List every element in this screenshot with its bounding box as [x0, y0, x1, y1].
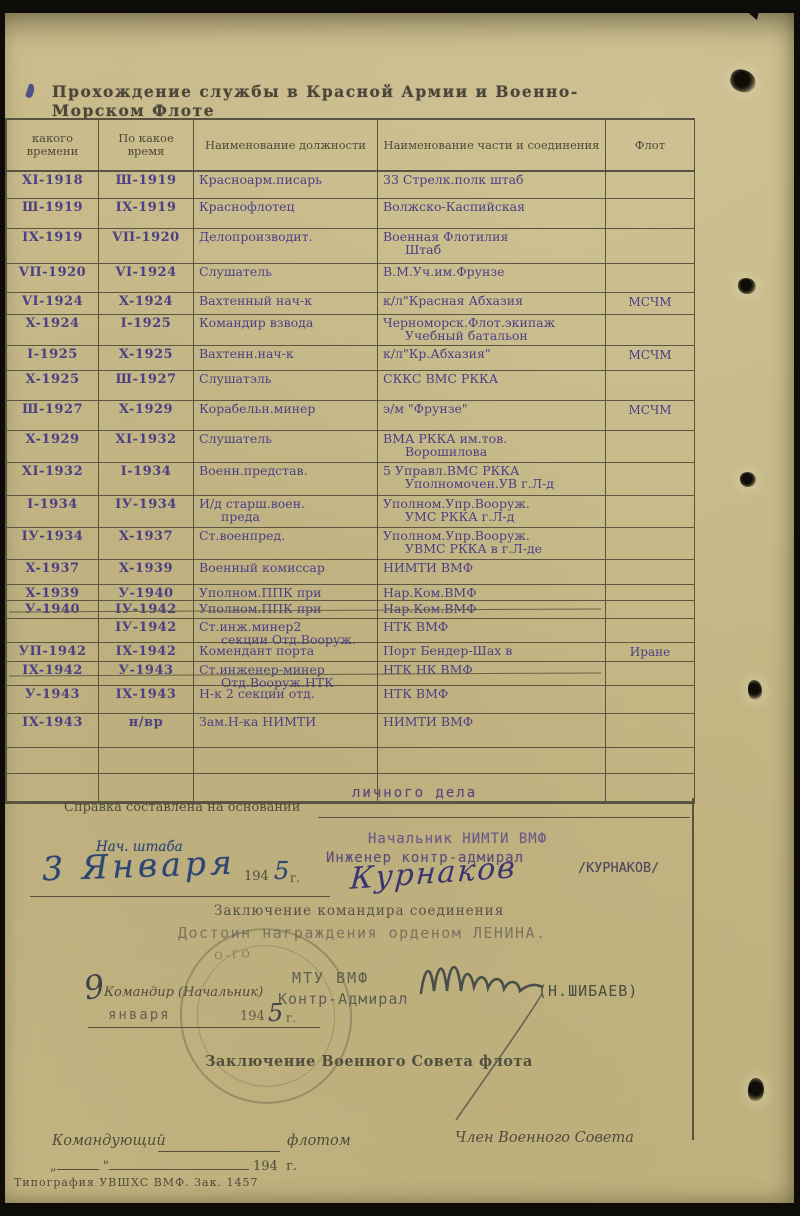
cell-unit-line2: Учебный батальон	[383, 330, 602, 343]
fleet-word-label: флотом	[287, 1133, 351, 1149]
cell-unit: НТК ВМФ	[378, 619, 606, 643]
quote-open: „	[50, 1159, 57, 1174]
cell-position: Слушатель	[194, 264, 378, 293]
year-suffix: г.	[290, 871, 300, 885]
council-conclusion-heading: Заключение Военного Совета флота	[205, 1053, 533, 1070]
year2-printed: 194	[240, 1009, 265, 1024]
column-header: Наименование части и соединения	[378, 120, 606, 170]
cell-to: I-1934	[99, 463, 194, 496]
cell-position: Вахтенн.нач-к	[194, 346, 378, 371]
table-row: X-1929XI-1932СлушательВМА РККА им.тов.Во…	[7, 431, 694, 463]
table-row: XI-1932I-1934Военн.представ.5 Управл.ВМС…	[7, 463, 694, 496]
cell-unit: 5 Управл.ВМС РККАУполномочен.УВ г.Л-д	[378, 463, 606, 496]
cell-unit: к/л"Красная Абхазия	[378, 293, 606, 315]
cell-to: У-1940	[99, 585, 194, 601]
year-printed: 194	[244, 869, 269, 884]
cell-position: Делопроизводит.	[194, 229, 378, 264]
cell-unit: Порт Бендер-Шах в	[378, 643, 606, 662]
cell-fleet: МСЧМ	[606, 346, 694, 371]
cell-unit: НТК ВМФ	[378, 686, 606, 714]
cell-unit	[378, 748, 606, 774]
cell-from: Ш-1919	[7, 199, 99, 229]
cell-position: И/д старш.воен.преда	[194, 496, 378, 528]
column-header: По какое время	[99, 120, 194, 170]
cell-position	[194, 774, 378, 802]
cell-fleet	[606, 774, 694, 802]
handwritten-date: 3 Января	[41, 843, 236, 889]
cell-fleet	[606, 560, 694, 585]
cell-to: VП-1920	[99, 229, 194, 264]
org-line2: Контр-Адмирал	[278, 990, 408, 1008]
cell-from: X-1939	[7, 585, 99, 601]
table-right-rule	[692, 798, 694, 1140]
table-row: I-1925X-1925Вахтенн.нач-кк/л"Кр.Абхазия"…	[7, 346, 694, 371]
cell-unit: Нар.Ком.ВМФ	[378, 585, 606, 601]
table-row: X-1925Ш-1927СлушатэльСККС ВМС РККА	[7, 371, 694, 401]
cell-position-line2: преда	[199, 511, 374, 524]
cell-position: Командир взвода	[194, 315, 378, 346]
punch-hole	[738, 278, 756, 294]
cell-position: Красноарм.писарь	[194, 172, 378, 199]
cell-unit: к/л"Кр.Абхазия"	[378, 346, 606, 371]
cell-to: I-1925	[99, 315, 194, 346]
table-row: X-1924I-1925Командир взводаЧерноморск.Фл…	[7, 315, 694, 346]
column-header: Флот	[606, 120, 694, 170]
table-row: XI-1918Ш-1919Красноарм.писарь33 Стрелк.п…	[7, 172, 694, 199]
page-title: Прохождение службы в Красной Армии и Вое…	[52, 82, 652, 120]
cell-fleet	[606, 229, 694, 264]
cell-from: УП-1942	[7, 643, 99, 662]
date-underline	[30, 896, 330, 897]
cell-fleet	[606, 528, 694, 560]
print-house-imprint: Типография УВШХС ВМФ. Зак. 1457	[14, 1176, 258, 1189]
month-typed: января	[108, 1007, 171, 1023]
cell-from: X-1924	[7, 315, 99, 346]
certificate-prefix: Справка составлена на основании	[64, 800, 300, 815]
cell-fleet	[606, 463, 694, 496]
cell-position: Зам.Н-ка НИМТИ	[194, 714, 378, 748]
table-row: У-1940IУ-1942Уполном.ППК приНар.Ком.ВМФ	[7, 601, 694, 619]
council-member-label: Член Военного Совета	[455, 1130, 634, 1146]
table-row: VП-1920VI-1924СлушательВ.М.Уч.им.Фрунзе	[7, 264, 694, 293]
bottom-year-suffix: г.	[286, 1159, 297, 1174]
cell-unit: ВМА РККА им.тов.Ворошилова	[378, 431, 606, 463]
cell-unit-line2: Штаб	[383, 244, 602, 257]
cell-to: X-1924	[99, 293, 194, 315]
table-row: X-1939У-1940Уполном.ППК приНар.Ком.ВМФ	[7, 585, 694, 601]
basis-underline	[318, 817, 690, 818]
shibaev-typed-name: (Н.ШИБАЕВ)	[538, 982, 638, 1000]
cell-unit: В.М.Уч.им.Фрунзе	[378, 264, 606, 293]
cell-to: X-1937	[99, 528, 194, 560]
cell-to: X-1925	[99, 346, 194, 371]
punch-hole	[748, 680, 762, 700]
cell-position: Военный комиссар	[194, 560, 378, 585]
cell-unit: Волжско-Каспийская	[378, 199, 606, 229]
cell-fleet: МСЧМ	[606, 293, 694, 315]
table-row: Ш-1919IX-1919КраснофлотецВолжско-Каспийс…	[7, 199, 694, 229]
cell-from: У-1943	[7, 686, 99, 714]
cell-to: IX-1942	[99, 643, 194, 662]
cell-fleet	[606, 748, 694, 774]
cell-to	[99, 774, 194, 802]
cell-position	[194, 748, 378, 774]
cell-from: IX-1942	[7, 662, 99, 686]
cell-position: Краснофлотец	[194, 199, 378, 229]
cell-from	[7, 619, 99, 643]
cell-position: Слушатель	[194, 431, 378, 463]
table-row: IУ-1942Ст.инж.минер2секции Отд.Вооруж.НТ…	[7, 619, 694, 643]
cell-fleet	[606, 585, 694, 601]
cell-position: Корабельн.минер	[194, 401, 378, 431]
cell-from: IУ-1934	[7, 528, 99, 560]
cell-fleet: МСЧМ	[606, 401, 694, 431]
cell-from	[7, 774, 99, 802]
cell-unit-line2: УМС РККА г.Л-д	[383, 511, 602, 524]
cell-fleet	[606, 199, 694, 229]
cell-from: VП-1920	[7, 264, 99, 293]
cell-to: IУ-1942	[99, 619, 194, 643]
commander-conclusion-heading: Заключение командира соединения	[214, 903, 504, 919]
cell-unit: Военная ФлотилияШтаб	[378, 229, 606, 264]
kurnakov-typed-name: /КУРНАКОВ/	[578, 860, 659, 876]
cell-unit: э/м "Фрунзе"	[378, 401, 606, 431]
cell-fleet	[606, 315, 694, 346]
cell-fleet: Иране	[606, 643, 694, 662]
column-header: Наименование должности	[194, 120, 378, 170]
cell-unit: Уполном.Упр.Вооруж.УМС РККА г.Л-д	[378, 496, 606, 528]
cell-unit: СККС ВМС РККА	[378, 371, 606, 401]
cell-to: IX-1919	[99, 199, 194, 229]
cell-from: IX-1919	[7, 229, 99, 264]
table-row: УП-1942IX-1942Комендант портаПорт Бендер…	[7, 643, 694, 662]
year-handwritten: 5	[274, 857, 289, 885]
cell-position: Н-к 2 секции отд.	[194, 686, 378, 714]
cell-unit: 33 Стрелк.полк штаб	[378, 172, 606, 199]
cell-to: Ш-1919	[99, 172, 194, 199]
cell-position: Ст.инж.минер2секции Отд.Вооруж.	[194, 619, 378, 643]
table-row: IX-1943н/врЗам.Н-ка НИМТИНИМТИ ВМФ	[7, 714, 694, 748]
table-row: IУ-1934X-1937Ст.военпред.Уполном.Упр.Воо…	[7, 528, 694, 560]
cell-unit-line2: УВМС РККА в г.Л-де	[383, 543, 602, 556]
cell-fleet	[606, 371, 694, 401]
scanned-document: Прохождение службы в Красной Армии и Вое…	[0, 0, 800, 1216]
table-row: X-1937X-1939Военный комиссарНИМТИ ВМФ	[7, 560, 694, 585]
table-row: У-1943IX-1943Н-к 2 секции отд.НТК ВМФ	[7, 686, 694, 714]
table-row	[7, 774, 694, 802]
cell-unit: Черноморск.Флот.экипажУчебный батальон	[378, 315, 606, 346]
year2-suffix: г.	[286, 1011, 296, 1025]
table-row: IX-1942У-1943Ст.инженер-минерОтд.Вооруж.…	[7, 662, 694, 686]
cell-to: X-1929	[99, 401, 194, 431]
table-row: VI-1924X-1924Вахтенный нач-кк/л"Красная …	[7, 293, 694, 315]
column-header: какого времени	[7, 120, 99, 170]
month-underline	[88, 1027, 320, 1028]
cell-to: IУ-1934	[99, 496, 194, 528]
cell-unit: Уполном.Упр.Вооруж.УВМС РККА в г.Л-де	[378, 528, 606, 560]
cell-fleet	[606, 496, 694, 528]
commander-underline	[158, 1151, 280, 1152]
cell-from: X-1929	[7, 431, 99, 463]
cell-position: Военн.представ.	[194, 463, 378, 496]
cell-from: XI-1932	[7, 463, 99, 496]
cell-from: XI-1918	[7, 172, 99, 199]
cell-to: Ш-1927	[99, 371, 194, 401]
cell-to: н/вр	[99, 714, 194, 748]
cell-to: VI-1924	[99, 264, 194, 293]
table-row	[7, 748, 694, 774]
cell-position: Уполном.ППК при	[194, 585, 378, 601]
table-row: IX-1919VП-1920Делопроизводит.Военная Фло…	[7, 229, 694, 264]
cell-from: X-1937	[7, 560, 99, 585]
cell-fleet	[606, 264, 694, 293]
cell-to: XI-1932	[99, 431, 194, 463]
cell-fleet	[606, 619, 694, 643]
bottom-date-line: „ " 194 г.	[50, 1157, 297, 1174]
cell-fleet	[606, 714, 694, 748]
cell-from: I-1925	[7, 346, 99, 371]
cell-from: I-1934	[7, 496, 99, 528]
cell-position: Слушатэль	[194, 371, 378, 401]
org-line1: МТУ ВМФ	[292, 969, 369, 987]
certificate-basis: личного дела	[352, 785, 477, 801]
cell-to: IX-1943	[99, 686, 194, 714]
cell-from	[7, 748, 99, 774]
cell-to	[99, 748, 194, 774]
cell-position: Вахтенный нач-к	[194, 293, 378, 315]
cell-position: Комендант порта	[194, 643, 378, 662]
cell-from: IX-1943	[7, 714, 99, 748]
stamp-inner-ring	[182, 930, 350, 1101]
cell-unit: НИМТИ ВМФ	[378, 560, 606, 585]
cell-fleet	[606, 686, 694, 714]
cell-position: Ст.военпред.	[194, 528, 378, 560]
cell-from: У-1940	[7, 601, 99, 619]
cell-fleet	[606, 172, 694, 199]
cell-unit-line2: Ворошилова	[383, 446, 602, 459]
cell-from: Ш-1927	[7, 401, 99, 431]
table-row: I-1934IУ-1934И/д старш.воен.предаУполном…	[7, 496, 694, 528]
bottom-year-printed: 194	[253, 1159, 278, 1174]
commander-role-label: Командир (Начальник)	[104, 985, 263, 1000]
cell-fleet	[606, 431, 694, 463]
cell-from: X-1925	[7, 371, 99, 401]
signer-title-line1: Начальник НИМТИ ВМФ	[368, 831, 547, 847]
cell-unit-line2: Уполномочен.УВ г.Л-д	[383, 478, 602, 491]
cell-to: X-1939	[99, 560, 194, 585]
cell-fleet	[606, 601, 694, 619]
cell-unit: НИМТИ ВМФ	[378, 714, 606, 748]
table-row: Ш-1927X-1929Корабельн.минерэ/м "Фрунзе"М…	[7, 401, 694, 431]
fleet-commander-label: Командующий	[52, 1133, 166, 1149]
service-table: какого времениПо какое времяНаименование…	[5, 118, 695, 804]
cell-fleet	[606, 662, 694, 686]
cell-from: VI-1924	[7, 293, 99, 315]
table-header-row: какого времениПо какое времяНаименование…	[7, 120, 694, 172]
